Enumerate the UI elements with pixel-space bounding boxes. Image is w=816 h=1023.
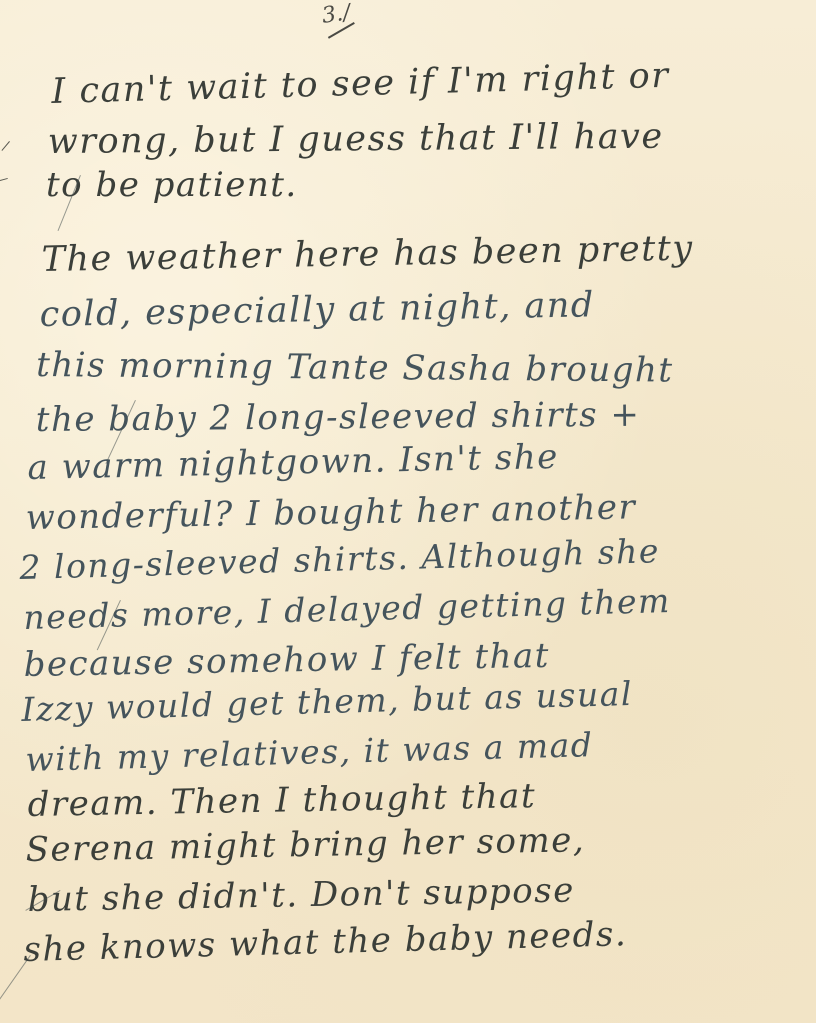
letter-line-17: but she didn't. Don't suppose [27,870,575,920]
letter-line-18: she knows what the baby needs. [23,914,628,970]
letter-line-15: dream. Then I thought that [27,776,536,825]
letter-line-11: needs more, I delayed getting them [23,581,671,637]
letter-line-3: to be patient. [46,165,298,205]
letter-line-4: The weather here has been pretty [41,229,694,280]
letter-line-5: cold, especially at night, and [39,285,595,335]
margin-mark [1,141,10,151]
letter-page: 3./ I can't wait to see if I'm right or … [0,0,816,1023]
margin-mark [0,178,8,181]
letter-line-9: wonderful? I bought her another [25,487,636,538]
letter-line-14: with my relatives, it was a mad [25,725,594,779]
page-number: 3./ [320,0,352,29]
letter-line-6: this morning Tante Sasha brought [36,345,674,391]
letter-line-2: wrong, but I guess that I'll have [48,117,664,162]
letter-line-10: 2 long-sleeved shirts. Although she [19,531,660,587]
letter-line-16: Serena might bring her some, [25,820,585,870]
letter-line-1: I can't wait to see if I'm right or [51,56,670,112]
